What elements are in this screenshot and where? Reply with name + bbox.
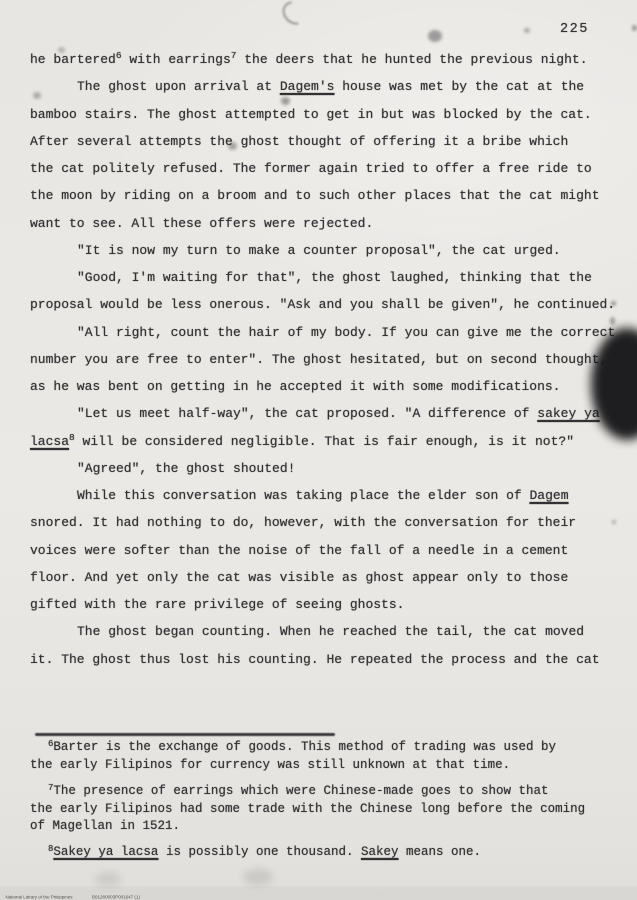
body-line: "Let us meet half-way", the cat proposed… xyxy=(30,400,630,427)
footnotes: 6Barter is the exchange of goods. This m… xyxy=(30,739,630,871)
body-line: "It is now my turn to make a counter pro… xyxy=(30,237,630,264)
footnote-marker: 7 xyxy=(48,783,53,793)
text-run: he bartered xyxy=(30,52,116,67)
body-line: While this conversation was taking place… xyxy=(30,482,630,509)
body-line: gifted with the rare privilege of seeing… xyxy=(30,591,630,618)
body-line: After several attempts the ghost thought… xyxy=(30,128,630,155)
text-run: snored. It had nothing to do, however, w… xyxy=(30,515,576,530)
body-line: "Good, I'm waiting for that", the ghost … xyxy=(30,264,630,291)
body-line: voices were softer than the noise of the… xyxy=(30,537,630,564)
underlined-term: Sakey ya lacsa xyxy=(53,845,158,859)
footnote-line: the early Filipinos had some trade with … xyxy=(30,801,630,818)
scan-smudge xyxy=(243,869,273,885)
body-line: the moon by riding on a broom and to suc… xyxy=(30,182,630,209)
underlined-term: Dagem xyxy=(529,488,568,503)
ink-speck xyxy=(610,317,615,325)
text-run: gifted with the rare privilege of seeing… xyxy=(30,597,404,612)
text-run: proposal would be less onerous. "Ask and… xyxy=(30,297,615,312)
footnote-line: of Magellan in 1521. xyxy=(30,818,630,835)
footnote-marker: 8 xyxy=(48,844,53,854)
text-run: The ghost upon arrival at xyxy=(77,79,280,94)
text-run: house was met by the cat at the xyxy=(334,79,584,94)
text-run: of Magellan in 1521. xyxy=(30,819,180,833)
ink-speck xyxy=(281,97,290,105)
text-run: the cat politely refused. The former aga… xyxy=(30,161,592,176)
ink-speck xyxy=(611,301,616,306)
ink-speck xyxy=(33,92,41,99)
text-run: The ghost began counting. When he reache… xyxy=(77,624,584,639)
text-run: While this conversation was taking place… xyxy=(77,488,529,503)
text-run: it. The ghost thus lost his counting. He… xyxy=(30,652,600,667)
text-run: "Agreed", the ghost shouted! xyxy=(77,461,295,476)
ink-speck xyxy=(428,30,442,42)
footnote: 7The presence of earrings which were Chi… xyxy=(30,783,630,835)
text-run: want to see. All these offers were rejec… xyxy=(30,216,373,231)
library-stamp-code: B01280003P001647 (1) xyxy=(92,896,140,900)
text-run: the moon by riding on a broom and to suc… xyxy=(30,188,600,203)
text-run: Barter is the exchange of goods. This me… xyxy=(53,740,556,754)
text-run: voices were softer than the noise of the… xyxy=(30,543,568,558)
text-run: bamboo stairs. The ghost attempted to ge… xyxy=(30,107,592,122)
footnote: 6Barter is the exchange of goods. This m… xyxy=(30,739,630,774)
body-line: as he was bent on getting in he accepted… xyxy=(30,373,630,400)
text-run: "Let us meet half-way", the cat proposed… xyxy=(77,406,537,421)
library-stamp: National Library of the PhilippinesB0128… xyxy=(3,891,140,900)
body-line: number you are free to enter". The ghost… xyxy=(30,346,630,373)
underlined-term: Sakey xyxy=(361,845,399,859)
ink-speck xyxy=(632,25,637,31)
text-run: The presence of earrings which were Chin… xyxy=(53,784,548,798)
body-line: lacsa8 will be considered negligible. Th… xyxy=(30,428,630,455)
underlined-term: lacsa xyxy=(30,434,69,449)
text-run: "Good, I'm waiting for that", the ghost … xyxy=(77,270,592,285)
text-run: the early Filipinos for currency was sti… xyxy=(30,758,510,772)
library-stamp-name: National Library of the Philippines xyxy=(6,896,73,900)
body-line: the cat politely refused. The former aga… xyxy=(30,155,630,182)
page-number: 225 xyxy=(560,22,589,37)
footnote-line: 7The presence of earrings which were Chi… xyxy=(30,783,630,801)
text-run: as he was bent on getting in he accepted… xyxy=(30,379,561,394)
footnote-marker: 7 xyxy=(231,50,237,61)
scan-smudge xyxy=(95,872,121,886)
ink-speck xyxy=(228,142,237,150)
footnote: 8Sakey ya lacsa is possibly one thousand… xyxy=(30,844,630,862)
text-run: the deers that he hunted the previous ni… xyxy=(236,52,587,67)
body-line: he bartered6 with earrings7 the deers th… xyxy=(30,46,630,73)
underlined-term: Dagem's xyxy=(280,79,335,94)
body-line: floor. And yet only the cat was visible … xyxy=(30,564,630,591)
footnote-line: 8Sakey ya lacsa is possibly one thousand… xyxy=(30,844,630,862)
text-run: floor. And yet only the cat was visible … xyxy=(30,570,568,585)
underlined-term: sakey ya xyxy=(537,406,599,421)
body-line: "All right, count the hair of my body. I… xyxy=(30,319,630,346)
text-run: with earrings xyxy=(122,52,231,67)
body-line: snored. It had nothing to do, however, w… xyxy=(30,509,630,536)
footnote-marker: 8 xyxy=(69,432,75,443)
text-run: is possibly one thousand. xyxy=(158,845,361,859)
body-text: he bartered6 with earrings7 the deers th… xyxy=(30,46,630,673)
text-run: the early Filipinos had some trade with … xyxy=(30,802,585,816)
footnote-line: 6Barter is the exchange of goods. This m… xyxy=(30,739,630,757)
body-line: want to see. All these offers were rejec… xyxy=(30,210,630,237)
body-line: "Agreed", the ghost shouted! xyxy=(30,455,630,482)
text-run: will be considered negligible. That is f… xyxy=(75,434,574,449)
text-run: number you are free to enter". The ghost… xyxy=(30,352,607,367)
footnote-separator-rule xyxy=(35,733,335,736)
body-line: The ghost upon arrival at Dagem's house … xyxy=(30,73,630,100)
scan-artifact-arc xyxy=(278,0,312,29)
body-line: it. The ghost thus lost his counting. He… xyxy=(30,646,630,673)
ink-speck xyxy=(524,28,530,33)
body-line: The ghost began counting. When he reache… xyxy=(30,618,630,645)
footnote-marker: 6 xyxy=(116,50,122,61)
body-line: proposal would be less onerous. "Ask and… xyxy=(30,291,630,318)
footnote-marker: 6 xyxy=(48,739,53,749)
ink-speck xyxy=(612,520,616,524)
scanned-manuscript-page: { "colors": { "paper": "#eae8e4", "ink":… xyxy=(0,0,637,900)
text-run: After several attempts the ghost thought… xyxy=(30,134,568,149)
text-run: "All right, count the hair of my body. I… xyxy=(77,325,615,340)
footnote-line: the early Filipinos for currency was sti… xyxy=(30,757,630,774)
text-run: means one. xyxy=(399,845,482,859)
ink-speck xyxy=(58,47,65,53)
text-run: "It is now my turn to make a counter pro… xyxy=(77,243,561,258)
body-line: bamboo stairs. The ghost attempted to ge… xyxy=(30,101,630,128)
